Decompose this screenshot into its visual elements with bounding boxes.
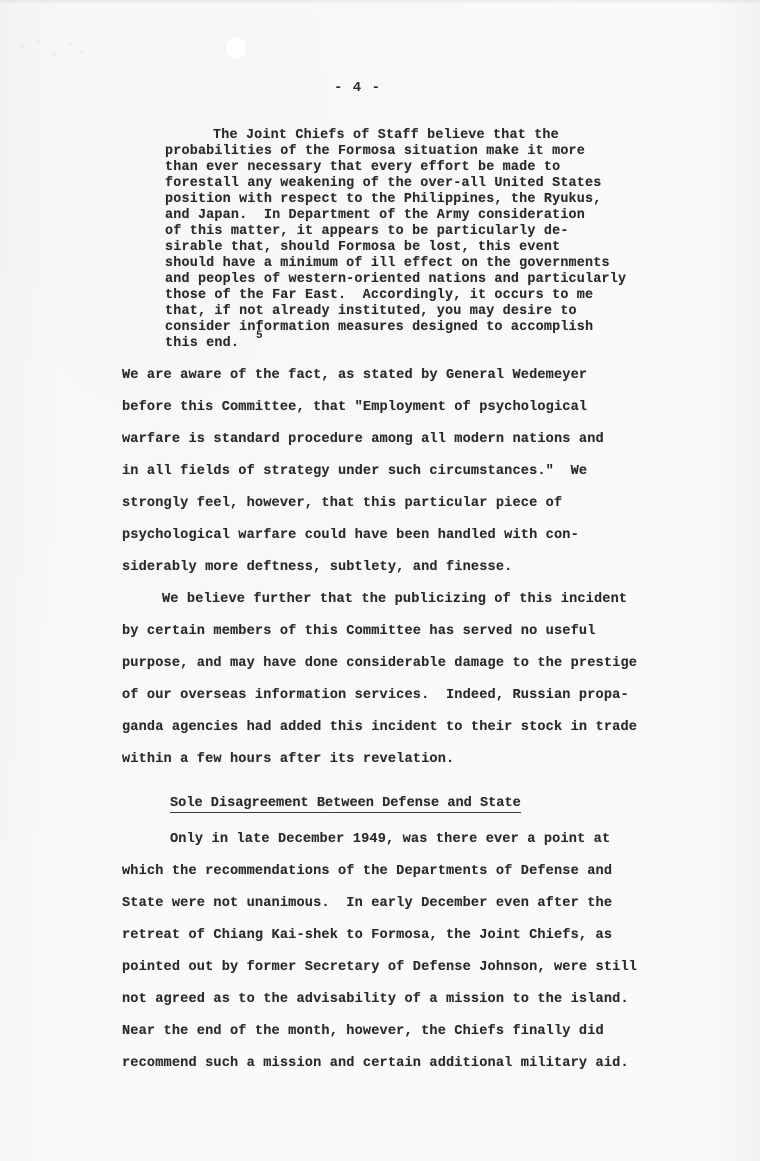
quote-line: those of the Far East. Accordingly, it o… [165,288,593,303]
page-top-edge [0,0,760,4]
document-page: - 4 - The Joint Chiefs of Staff believe … [0,0,760,1161]
punch-hole [224,36,246,60]
quote-line: sirable that, should Formosa be lost, th… [165,240,560,255]
paragraph-line: purpose, and may have done considerable … [122,656,637,671]
quote-line: position with respect to the Philippines… [165,192,602,207]
quote-line: this end. [165,336,239,351]
quote-line: consider information measures designed t… [165,320,593,335]
paragraph-line: Near the end of the month, however, the … [122,1024,604,1039]
embossed-stamp-mark [14,30,94,70]
page-number: - 4 - [334,80,381,96]
paragraph-line: ganda agencies had added this incident t… [122,720,637,735]
paragraph-line: State were not unanimous. In early Decem… [122,896,612,911]
paragraph-line: Only in late December 1949, was there ev… [170,832,610,847]
paragraph-line: siderably more deftness, subtlety, and f… [122,560,512,575]
footnote-marker: 5 [256,330,263,342]
quote-line: probabilities of the Formosa situation m… [165,144,585,159]
paragraph-line: before this Committee, that "Employment … [122,400,587,415]
paragraph-line: within a few hours after its revelation. [122,752,454,767]
paragraph-line: pointed out by former Secretary of Defen… [122,960,637,975]
paragraph-line: which the recommendations of the Departm… [122,864,612,879]
paragraph-line: of our overseas information services. In… [122,688,629,703]
paragraph-line: in all fields of strategy under such cir… [122,464,587,479]
paragraph-line: recommend such a mission and certain add… [122,1056,629,1071]
quote-line: that, if not already instituted, you may… [165,304,577,319]
quote-line: of this matter, it appears to be particu… [165,224,569,239]
paragraph-line: We are aware of the fact, as stated by G… [122,368,587,383]
paragraph-line: retreat of Chiang Kai-shek to Formosa, t… [122,928,612,943]
section-heading: Sole Disagreement Between Defense and St… [170,796,521,813]
paragraph-line: warfare is standard procedure among all … [122,432,604,447]
quote-line: forestall any weakening of the over-all … [165,176,602,191]
quote-line: than ever necessary that every effort be… [165,160,560,175]
paragraph-line: not agreed as to the advisability of a m… [122,992,629,1007]
quote-line: The Joint Chiefs of Staff believe that t… [213,128,559,143]
quote-line: should have a minimum of ill effect on t… [165,256,610,271]
paragraph-line: We believe further that the publicizing … [162,592,627,607]
quote-line: and peoples of western-oriented nations … [165,272,626,287]
paragraph-line: psychological warfare could have been ha… [122,528,579,543]
paragraph-line: by certain members of this Committee has… [122,624,596,639]
quote-line: and Japan. In Department of the Army con… [165,208,585,223]
paragraph-line: strongly feel, however, that this partic… [122,496,562,511]
